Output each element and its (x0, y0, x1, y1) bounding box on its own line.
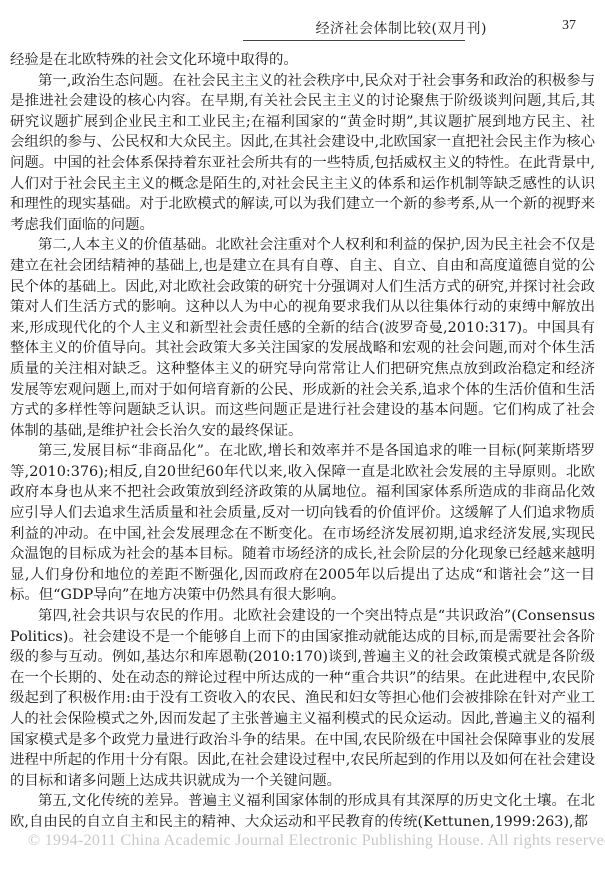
paragraph-political-ecology: 第一,政治生态问题。在社会民主主义的社会秩序中,民众对于社会事务和政治的积极参与… (10, 71, 595, 236)
copyright-watermark: © 1994-2011 China Academic Journal Elect… (28, 832, 605, 850)
paragraph-continuation: 经验是在北欧特殊的社会文化环境中取得的。 (10, 50, 595, 71)
paragraph-humanism: 第二,人本主义的价值基础。北欧社会注重对个人权利和利益的保护,因为民主社会不仅是… (10, 235, 595, 441)
paragraph-decommodification: 第三,发展目标“非商品化”。在北欧,增长和效率并不是各国追求的唯一目标(阿莱斯塔… (10, 441, 595, 606)
page-number: 37 (562, 18, 576, 34)
header-rule (243, 40, 465, 41)
running-header: 经济社会体制比较(双月刊) 37 (0, 14, 605, 44)
paragraph-cultural-tradition: 第五,文化传统的差异。普遍主义福利国家体制的形成具有其深厚的历史文化土壤。在北欧… (10, 791, 595, 832)
article-body: 经验是在北欧特殊的社会文化环境中取得的。 第一,政治生态问题。在社会民主主义的社… (10, 50, 595, 833)
journal-title: 经济社会体制比较(双月刊) (316, 18, 487, 38)
paragraph-social-consensus: 第四,社会共识与农民的作用。北欧社会建设的一个突出特点是“共识政治”(Conse… (10, 606, 595, 791)
